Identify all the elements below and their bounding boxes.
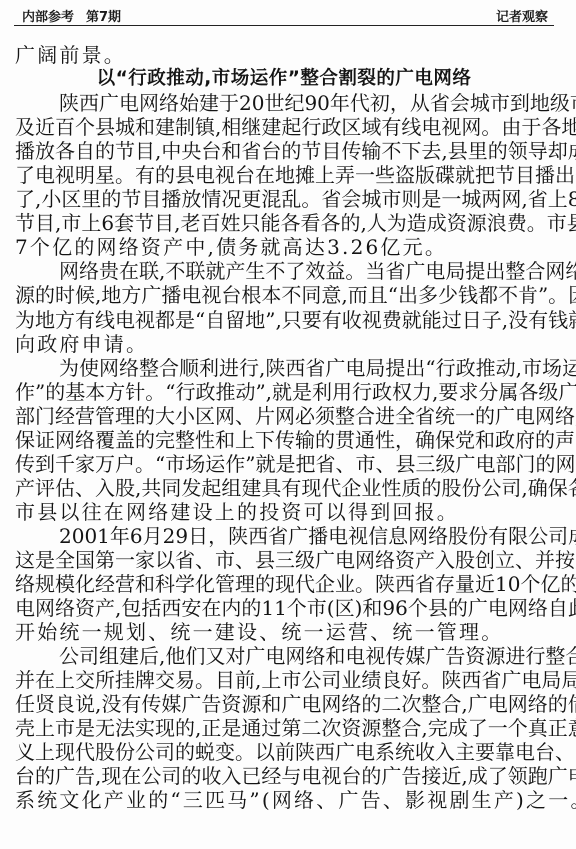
header-left: 内部参考第7期 bbox=[22, 6, 121, 25]
text-line: 2001年6月29日，陕西省广播电视信息网络股份有限公司成立, bbox=[15, 524, 553, 548]
text-line: 陕西广电网络始建于20世纪90年代初，从省会城市到地级市以 bbox=[15, 91, 553, 115]
text-line: 网络贵在联,不联就产生不了效益。当省广电局提出整合网络资 bbox=[15, 259, 553, 283]
text-line: 为地方有线电视都是“自留地”,只要有收视费就能过日子,没有钱就 bbox=[15, 308, 553, 332]
text-line: 台的广告,现在公司的收入已经与电视台的广告接近,成了领跑广电 bbox=[15, 764, 553, 788]
lead-tail-line: 广阔前景。 bbox=[15, 43, 553, 67]
text-line: 向政府申请。 bbox=[15, 332, 553, 356]
paragraph-5: 公司组建后,他们又对广电网络和电视传媒广告资源进行整合, 并在上交所挂牌交易。目… bbox=[15, 644, 555, 812]
text-line: 壳上市是无法实现的,正是通过第二次资源整合,完成了一个真正意 bbox=[15, 716, 553, 740]
section-name: 记者观察 bbox=[496, 6, 548, 25]
paragraph-3: 为使网络整合顺利进行,陕西省广电局提出“行政推动,市场运 作”的基本方针。“行政… bbox=[15, 356, 555, 524]
document-page: 内部参考第7期 记者观察 广阔前景。 以“行政推动,市场运作”整合割裂的广电网络… bbox=[0, 0, 576, 849]
text-line: 这是全国第一家以省、市、县三级广电网络资产入股创立、并按照网 bbox=[15, 548, 553, 572]
text-line: 市县以往在网络建设上的投资可以得到回报。 bbox=[15, 500, 553, 524]
issue-number: 第7期 bbox=[86, 10, 121, 25]
section-heading: 以“行政推动,市场运作”整合割裂的广电网络 bbox=[15, 67, 553, 91]
text-line: 传到千家万户。“市场运作”就是把省、市、县三级广电部门的网络资 bbox=[15, 452, 553, 476]
text-line: 络规模化经营和科学化管理的现代企业。陕西省存量近10个亿的广 bbox=[15, 572, 553, 596]
text-line: 及近百个县城和建制镇,相继建起行政区域有线电视网。由于各地都 bbox=[15, 115, 553, 139]
text-line: 义上现代股份公司的蜕变。以前陕西广电系统收入主要靠电台、电视 bbox=[15, 740, 553, 764]
paragraph-1: 陕西广电网络始建于20世纪90年代初，从省会城市到地级市以 及近百个县城和建制镇… bbox=[15, 91, 555, 259]
text-line: 播放各自的节目,中央台和省台的节目传输不下去,县里的领导却成 bbox=[15, 139, 553, 163]
text-line: 电网络资产,包括西安在内的11个市(区)和96个县的广电网络自此 bbox=[15, 596, 553, 620]
text-line: 为使网络整合顺利进行,陕西省广电局提出“行政推动,市场运 bbox=[15, 356, 553, 380]
text-line: 作”的基本方针。“行政推动”,就是利用行政权力,要求分属各级广电 bbox=[15, 380, 553, 404]
text-line: 了电视明星。有的县电视台在地摊上弄一些盗版碟就把节目播出去 bbox=[15, 163, 553, 187]
text-line: 7个亿的网络资产中,债务就高达3.26亿元。 bbox=[15, 235, 553, 259]
text-line: 源的时候,地方广播电视台根本不同意,而且“出多少钱都不肯”。因 bbox=[15, 283, 553, 307]
running-header: 内部参考第7期 记者观察 bbox=[16, 4, 554, 24]
article-body: 广阔前景。 以“行政推动,市场运作”整合割裂的广电网络 陕西广电网络始建于20世… bbox=[15, 43, 555, 813]
text-line: 保证网络覆盖的完整性和上下传输的贯通性，确保党和政府的声音 bbox=[15, 428, 553, 452]
text-line: 并在上交所挂牌交易。目前,上市公司业绩良好。陕西省广电局局长 bbox=[15, 668, 553, 692]
text-line: 节目,市上6套节目,老百姓只能各看各的,人为造成资源浪费。市县 bbox=[15, 211, 553, 235]
text-line: 产评估、入股,共同发起组建具有现代企业性质的股份公司,确保各 bbox=[15, 476, 553, 500]
paragraph-4: 2001年6月29日，陕西省广播电视信息网络股份有限公司成立, 这是全国第一家以… bbox=[15, 524, 555, 644]
header-divider bbox=[14, 25, 554, 26]
text-line: 部门经营管理的大小区网、片网必须整合进全省统一的广电网络,以 bbox=[15, 404, 553, 428]
text-line: 系统文化产业的“三匹马”(网络、广告、影视剧生产)之一。 bbox=[15, 788, 553, 812]
publication-name: 内部参考 bbox=[22, 10, 74, 25]
text-line: 了,小区里的节目播放情况更混乱。省会城市则是一城两网,省上8套 bbox=[15, 187, 553, 211]
text-line: 公司组建后,他们又对广电网络和电视传媒广告资源进行整合, bbox=[15, 644, 553, 668]
text-line: 开始统一规划、统一建设、统一运营、统一管理。 bbox=[15, 620, 553, 644]
paragraph-2: 网络贵在联,不联就产生不了效益。当省广电局提出整合网络资 源的时候,地方广播电视… bbox=[15, 259, 555, 355]
text-line: 任贤良说,没有传媒广告资源和广电网络的二次整合,广电网络的借 bbox=[15, 692, 553, 716]
